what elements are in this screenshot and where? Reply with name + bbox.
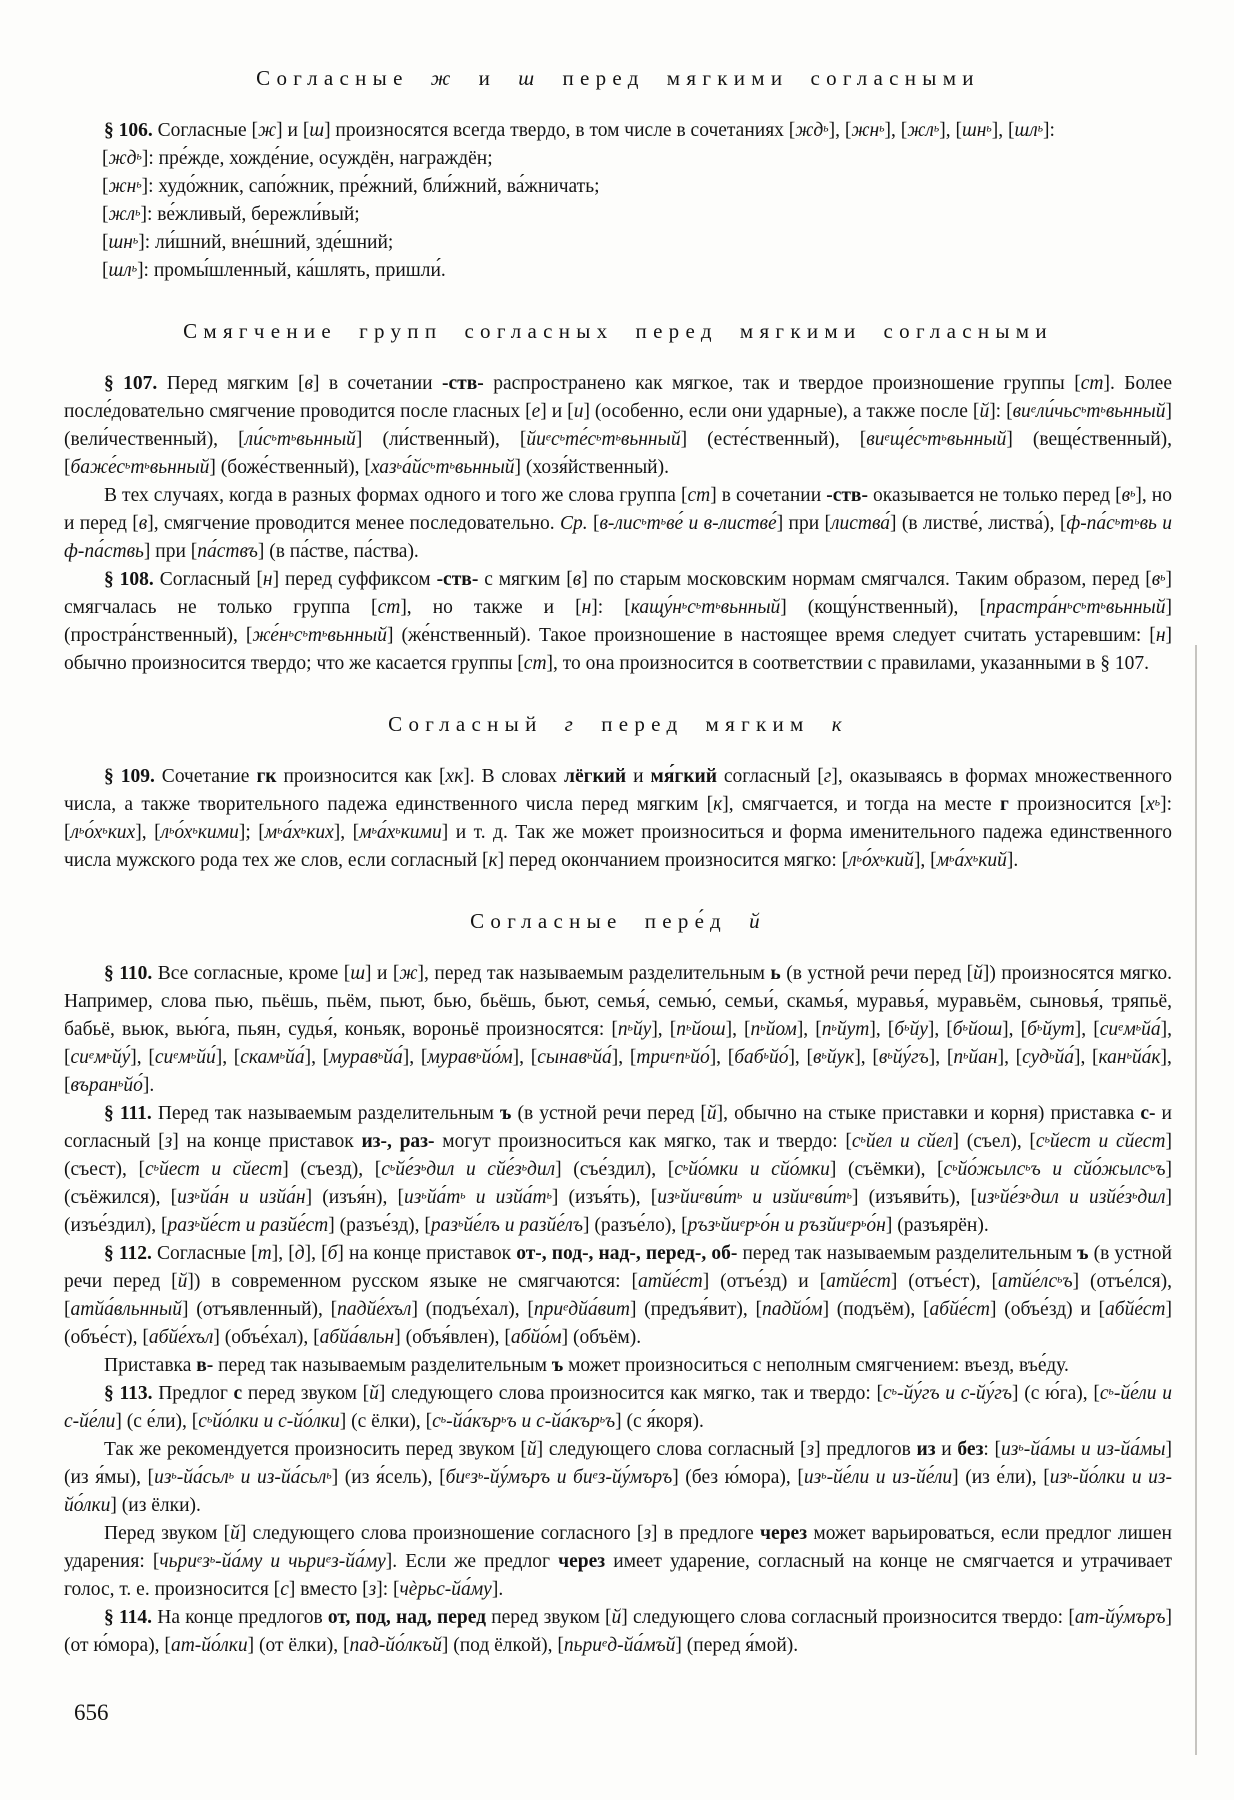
example-line-shl: [шль]: промы́шленный, ка́шлять, пришли́.: [102, 257, 1172, 285]
paragraph-112-continued: Приставка в- перед так называемым раздел…: [64, 1352, 1172, 1380]
book-page: Согласные ж и ш перед мягкими согласными…: [0, 0, 1234, 1800]
section-g-before-soft-k: Согласный г перед мягким к § 109. Сочета…: [64, 712, 1172, 875]
paragraph-107-continued: В тех случаях, когда в разных формах одн…: [64, 482, 1172, 566]
section-heading: Согласный г перед мягким к: [64, 712, 1172, 737]
scan-edge-artifact: [1195, 645, 1197, 1755]
example-line-zhd: [ждь]: пре́жде, хожде́ние, осуждён, нагр…: [102, 145, 1172, 173]
section-heading: Смягчение групп согласных перед мягкими …: [64, 319, 1172, 344]
paragraph-110: § 110. Все согласные, кроме [ш] и [ж], п…: [64, 960, 1172, 1100]
section-zh-sh-before-soft: Согласные ж и ш перед мягкими согласными…: [64, 66, 1172, 285]
paragraph-113: § 113. Предлог с перед звуком [й] следую…: [64, 1380, 1172, 1436]
page-number: 656: [74, 1700, 109, 1726]
example-line-zhn: [жнь]: худо́жник, сапо́жник, пре́жний, б…: [102, 173, 1172, 201]
paragraph-113-continued-1: Так же рекомендуется произносить перед з…: [64, 1436, 1172, 1520]
example-line-zhl: [жль]: ве́жливый, бережли́вый;: [102, 201, 1172, 229]
paragraph-107: § 107. Перед мягким [в] в сочетании -ств…: [64, 370, 1172, 482]
paragraph-112: § 112. Согласные [т], [д], [б] на конце …: [64, 1240, 1172, 1352]
section-heading: Согласные пере́д й: [64, 909, 1172, 934]
paragraph-106: § 106. Согласные [ж] и [ш] произносятся …: [64, 117, 1172, 145]
paragraph-109: § 109. Сочетание гк произносится как [хк…: [64, 763, 1172, 875]
paragraph-111: § 111. Перед так называемым разделительн…: [64, 1100, 1172, 1240]
example-line-shn: [шнь]: ли́шний, вне́шний, зде́шний;: [102, 229, 1172, 257]
paragraph-113-continued-2: Перед звуком [й] следующего слова произн…: [64, 1520, 1172, 1604]
paragraph-114: § 114. На конце предлогов от, под, над, …: [64, 1604, 1172, 1660]
section-heading: Согласные ж и ш перед мягкими согласными: [64, 66, 1172, 91]
section-softening-groups: Смягчение групп согласных перед мягкими …: [64, 319, 1172, 678]
section-consonants-before-j: Согласные пере́д й § 110. Все согласные,…: [64, 909, 1172, 1660]
paragraph-108: § 108. Согласный [н] перед суффиксом -ст…: [64, 566, 1172, 678]
